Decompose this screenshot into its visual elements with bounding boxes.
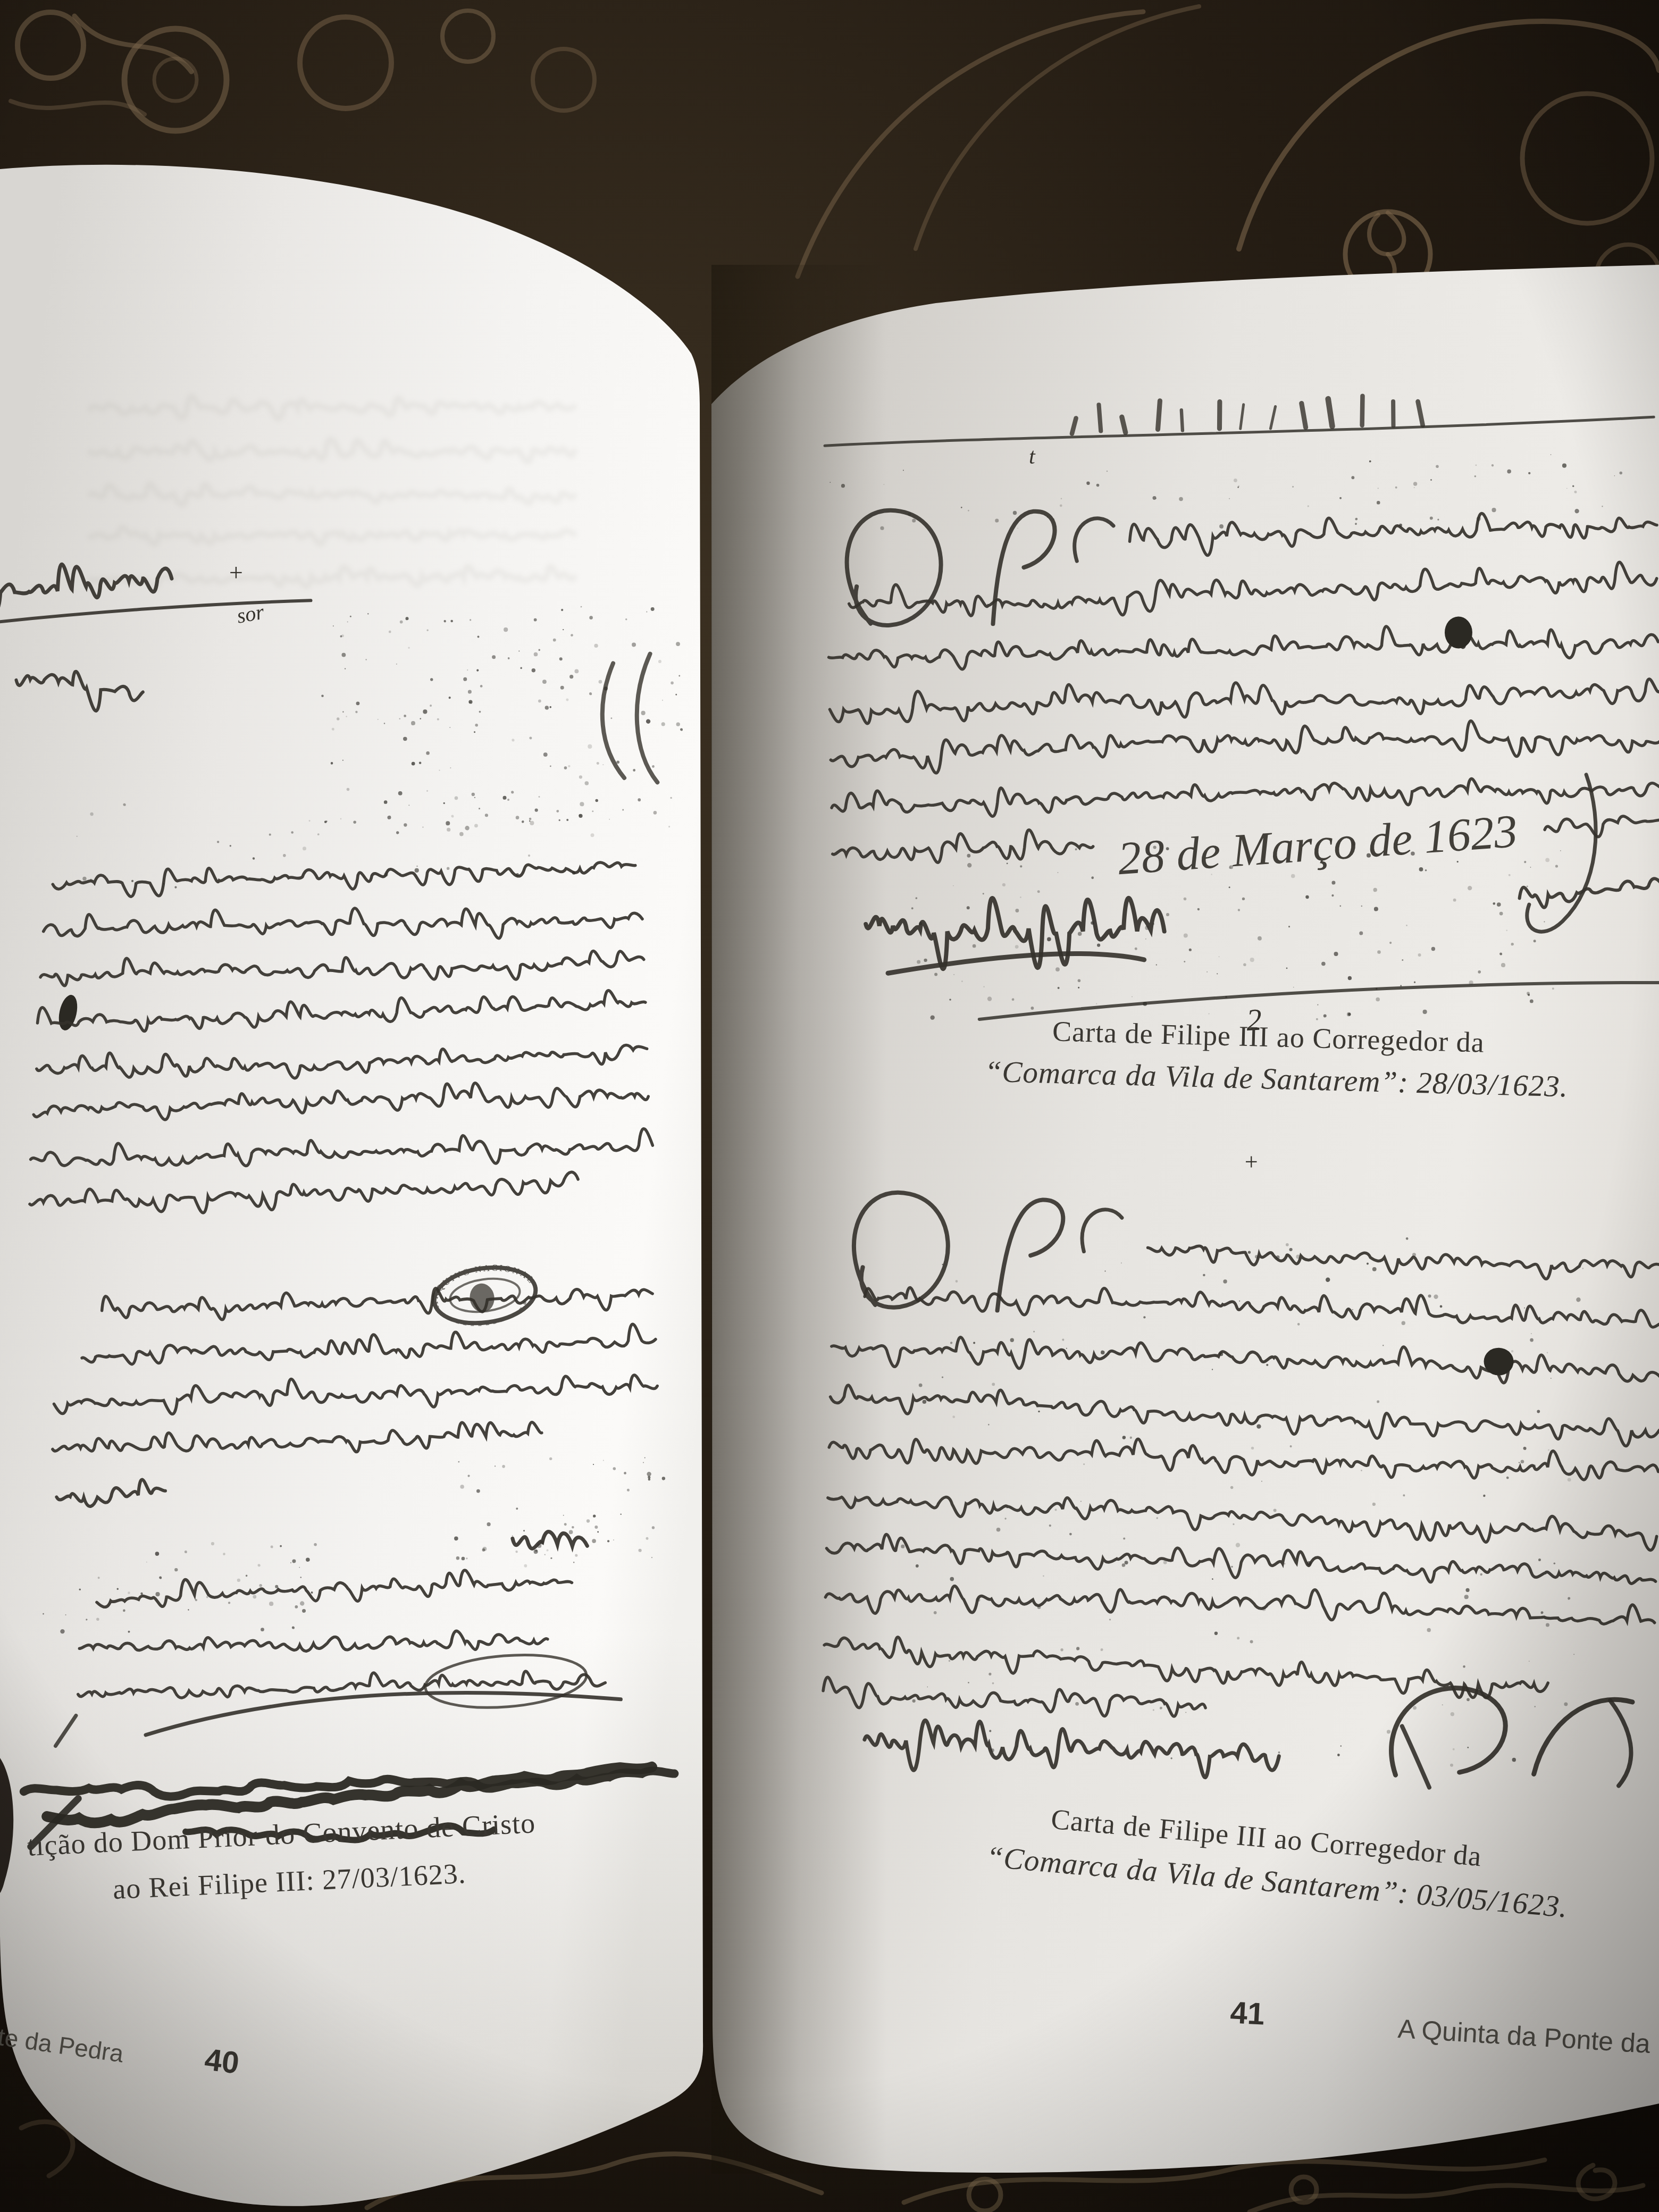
book-photograph: ARQUIVO NACIONAL + sor tição do Dom Prio… xyxy=(0,0,1659,2212)
photo-vignette xyxy=(0,0,1659,2212)
